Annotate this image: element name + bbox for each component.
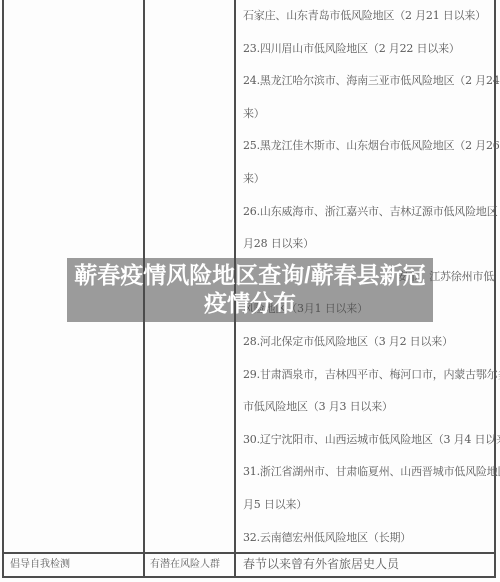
table-border-left [2, 0, 4, 578]
risk-list-line: 26.山东威海市、浙江嘉兴市、吉林辽源市低风险地区（2 [243, 196, 494, 229]
bottom-row-cell-description: 春节以来曾有外省旅居史人员 [243, 553, 399, 576]
risk-list-line: 31.浙江省湖州市、甘肃临夏州、山西晋城市低风险地区（3 [243, 456, 494, 489]
bottom-row-cell-group: 有潜在风险人群 [150, 553, 220, 576]
risk-list-line: 来） [243, 163, 494, 196]
headline-line2: 疫情分布 [67, 289, 433, 317]
risk-list-line: 月5 日以来） [243, 489, 494, 522]
risk-list-line: 32.云南德宏州低风险地区（长期） [243, 522, 494, 555]
risk-list-line: 29.甘肃酒泉市，吉林四平市、梅河口市，内蒙古鄂尔多斯 [243, 359, 494, 392]
headline-overlay: 蕲春疫情风险地区查询/蕲春县新冠 疫情分布 [67, 258, 433, 322]
risk-list-line: 23.四川眉山市低风险地区（2 月22 日以来） [243, 33, 494, 66]
risk-list-line: 月28 日以来） [243, 228, 494, 261]
risk-list-line: 30.辽宁沈阳市、山西运城市低风险地区（3 月4 日以来） [243, 424, 494, 457]
risk-list-line: 来） [243, 98, 494, 131]
risk-list-line: 市低风险地区（3 月3 日以来） [243, 391, 494, 424]
risk-list-line: 25.黑龙江佳木斯市、山东烟台市低风险地区（2 月26 日以 [243, 130, 494, 163]
risk-list-line: 石家庄、山东青岛市低风险地区（2 月21 日以来） [243, 0, 494, 33]
document-page: 石家庄、山东青岛市低风险地区（2 月21 日以来）23.四川眉山市低风险地区（2… [0, 0, 500, 582]
risk-list-line: 24.黑龙江哈尔滨市、海南三亚市低风险地区（2 月24 日以 [243, 65, 494, 98]
bottom-row-cell-measure: 倡导自我检测 [10, 553, 70, 576]
headline-line1: 蕲春疫情风险地区查询/蕲春县新冠 [67, 258, 433, 289]
table-border-bottom [2, 576, 496, 578]
risk-list-line: 28.河北保定市低风险地区（3 月2 日以来） [243, 326, 494, 359]
